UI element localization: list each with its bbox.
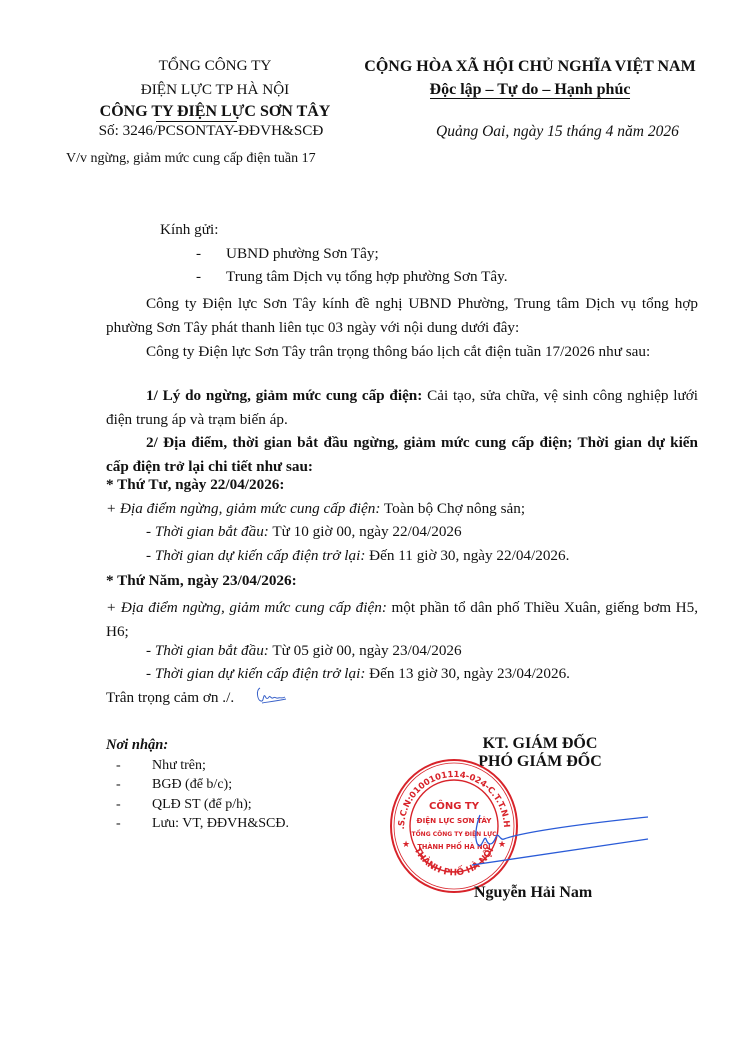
restore-label: - Thời gian dự kiến cấp điện trở lại: (146, 547, 365, 564)
day-start-time: - Thời gian bắt đầu: Từ 05 giờ 00, ngày … (146, 642, 462, 660)
initials-signature-icon (254, 684, 290, 706)
reason-label: 1/ Lý do ngừng, giảm mức cung cấp điện: (146, 387, 422, 404)
day-heading: * Thứ Năm, ngày 23/04/2026: (106, 572, 297, 590)
document-subject: V/v ngừng, giảm mức cung cấp điện tuần 1… (66, 151, 316, 167)
day-restore-time: - Thời gian dự kiến cấp điện trở lại: Đế… (146, 665, 570, 683)
restore-text: Đến 13 giờ 30, ngày 23/04/2026. (365, 665, 570, 682)
recipient-text: Như trên; (152, 758, 206, 773)
day-location: + Địa điểm ngừng, giảm mức cung cấp điện… (106, 596, 698, 643)
motto-text: Độc lập – Tự do – Hạnh phúc (430, 81, 631, 99)
start-text: Từ 05 giờ 00, ngày 23/04/2026 (269, 642, 462, 659)
day-heading: * Thứ Tư, ngày 22/04/2026: (106, 476, 284, 494)
start-label: - Thời gian bắt đầu: (146, 642, 269, 659)
notice-paragraph: Công ty Điện lực Sơn Tây trân trọng thôn… (106, 340, 698, 364)
recipient-item: -Lưu: VT, ĐĐVH&SCĐ. (106, 814, 289, 834)
start-label: - Thời gian bắt đầu: (146, 523, 269, 540)
national-motto: Độc lập – Tự do – Hạnh phúc (350, 81, 710, 99)
addressee-item: -Trung tâm Dịch vụ tổng hợp phường Sơn T… (196, 268, 508, 286)
day-location: + Địa điểm ngừng, giảm mức cung cấp điện… (106, 500, 525, 518)
addressee-text: Trung tâm Dịch vụ tổng hợp phường Sơn Tâ… (226, 268, 508, 285)
recipient-item: -Như trên; (106, 756, 289, 776)
location-label: + Địa điểm ngừng, giảm mức cung cấp điện… (106, 599, 387, 616)
signer-name: Nguyễn Hải Nam (474, 884, 592, 902)
document-number: Số: 3246/PCSONTAY-ĐĐVH&SCĐ (66, 122, 356, 140)
start-text: Từ 10 giờ 00, ngày 22/04/2026 (269, 523, 462, 540)
day-start-time: - Thời gian bắt đầu: Từ 10 giờ 00, ngày … (146, 523, 462, 541)
recipient-text: BGĐ (để b/c); (152, 777, 232, 792)
intro-paragraph: Công ty Điện lực Sơn Tây kính đề nghị UB… (106, 292, 698, 339)
recipients-label: Nơi nhận: (106, 736, 289, 756)
restore-label: - Thời gian dự kiến cấp điện trở lại: (146, 665, 365, 682)
reason-paragraph: 1/ Lý do ngừng, giảm mức cung cấp điện: … (106, 384, 698, 431)
parent-org-line1: TỔNG CÔNG TY (80, 57, 350, 75)
svg-text:★: ★ (402, 840, 410, 850)
signature-title-1: KT. GIÁM ĐỐC (440, 735, 640, 753)
place-date: Quảng Oai, ngày 15 tháng 4 năm 2026 (436, 123, 679, 141)
recipient-text: Lưu: VT, ĐĐVH&SCĐ. (152, 816, 289, 831)
company-name: CÔNG TY ĐIỆN LỰC SƠN TÂY (80, 103, 350, 121)
addressee-text: UBND phường Sơn Tây; (226, 245, 379, 262)
restore-text: Đến 11 giờ 30, ngày 22/04/2026. (365, 547, 569, 564)
recipient-item: -QLĐ ST (để p/h); (106, 795, 289, 815)
addressee-label: Kính gửi: (160, 221, 218, 239)
closing-text: Trân trọng cảm ơn ./. (106, 689, 234, 707)
handwritten-signature-icon (470, 805, 650, 875)
recipient-item: -BGĐ (để b/c); (106, 775, 289, 795)
day-restore-time: - Thời gian dự kiến cấp điện trở lại: Đế… (146, 547, 569, 565)
location-label: + Địa điểm ngừng, giảm mức cung cấp điện… (106, 500, 380, 517)
recipient-text: QLĐ ST (để p/h); (152, 797, 252, 812)
location-text: Toàn bộ Chợ nông sản; (380, 500, 525, 517)
parent-org-line2: ĐIỆN LỰC TP HÀ NỘI (80, 81, 350, 99)
nation-title: CỘNG HÒA XÃ HỘI CHỦ NGHĨA VIỆT NAM (350, 58, 710, 76)
section2-heading: 2/ Địa điểm, thời gian bắt đầu ngừng, gi… (106, 431, 698, 478)
addressee-item: -UBND phường Sơn Tây; (196, 245, 379, 263)
recipients-block: Nơi nhận: -Như trên; -BGĐ (để b/c); -QLĐ… (106, 736, 289, 834)
